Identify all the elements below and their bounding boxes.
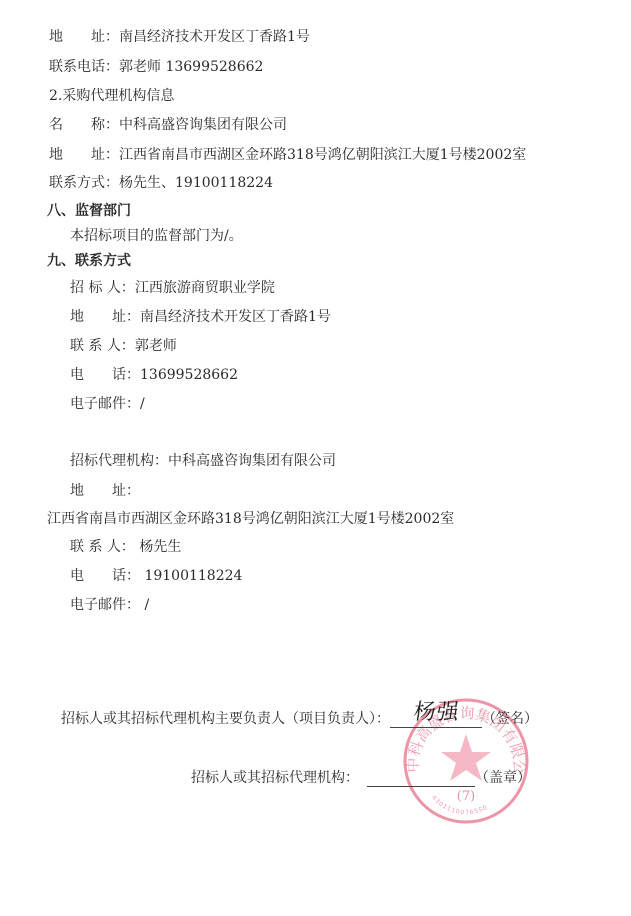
label: 电子邮件： (70, 396, 140, 412)
agency-contact-line-2: 联 系 人： 杨先生 (70, 538, 181, 556)
section-9-heading: 九、联系方式 (47, 252, 131, 270)
tenderer-email-line: 电子邮件：/ (70, 395, 145, 413)
tenderer-name-line: 招 标 人：江西旅游商贸职业学院 (70, 279, 275, 297)
section-8-text: 本招标项目的监督部门为/。 (70, 227, 243, 245)
label: 招标代理机构： (70, 453, 168, 469)
label: 电子邮件： (70, 597, 140, 613)
label: 地 址： (49, 29, 119, 45)
tenderer-contact-line: 联 系 人：郭老师 (70, 337, 177, 355)
label: 电 话： (70, 367, 140, 383)
signature-suffix: （签名） (482, 711, 538, 727)
agency-email-line: 电子邮件： / (70, 596, 149, 614)
value: / (140, 396, 145, 412)
agency-address-value: 江西省南昌市西湖区金环路318号鸿亿朝阳滨江大厦1号楼2002室 (47, 510, 454, 528)
value: 南昌经济技术开发区丁香路1号 (119, 29, 310, 45)
label: 电 话： (70, 568, 140, 584)
label: 联系方式： (49, 175, 119, 191)
value: 江西省南昌市西湖区金环路318号鸿亿朝阳滨江大厦1号楼2002室 (119, 147, 526, 163)
agency-address-label: 地 址： (70, 482, 140, 500)
value: 13699528662 (140, 367, 238, 383)
tenderer-address-line: 地 址：南昌经济技术开发区丁香路1号 (49, 28, 310, 46)
value: 19100118224 (144, 568, 242, 584)
value: 中科高盛咨询集团有限公司 (119, 117, 287, 133)
agency-name-line-2: 招标代理机构：中科高盛咨询集团有限公司 (70, 452, 336, 470)
tenderer-phone-line-2: 电 话：13699528662 (70, 366, 238, 384)
agency-info-title: 2.采购代理机构信息 (49, 87, 174, 105)
value: 郭老师 (135, 338, 177, 354)
label: 地 址： (49, 147, 119, 163)
seal-field (367, 770, 475, 787)
seal-suffix: （盖章） (475, 770, 531, 786)
label: 联 系 人： (70, 338, 135, 354)
agency-address-line: 地 址：江西省南昌市西湖区金环路318号鸿亿朝阳滨江大厦1号楼2002室 (49, 146, 526, 164)
tenderer-address-line-2: 地 址：南昌经济技术开发区丁香路1号 (70, 308, 331, 326)
value: / (144, 597, 149, 613)
responsible-signature-line: 招标人或其招标代理机构主要负责人（项目负责人）：（签名） (61, 710, 538, 728)
value: 杨先生、19100118224 (119, 175, 273, 191)
responsible-label: 招标人或其招标代理机构主要负责人（项目负责人）： (61, 711, 390, 727)
label: 招 标 人： (70, 280, 135, 296)
agency-contact-line: 联系方式：杨先生、19100118224 (49, 174, 273, 192)
label: 联系电话： (49, 59, 119, 75)
label: 名 称： (49, 117, 119, 133)
value: 南昌经济技术开发区丁香路1号 (140, 309, 331, 325)
value: 江西旅游商贸职业学院 (135, 280, 275, 296)
agency-phone-line: 电 话： 19100118224 (70, 567, 242, 585)
section-8-heading: 八、监督部门 (47, 202, 131, 220)
agency-name-line: 名 称：中科高盛咨询集团有限公司 (49, 116, 287, 134)
label: 地 址： (70, 309, 140, 325)
svg-text:(7): (7) (457, 789, 475, 804)
value: 中科高盛咨询集团有限公司 (168, 453, 336, 469)
tenderer-phone-line: 联系电话：郭老师 13699528662 (49, 58, 263, 76)
handwritten-signature: 杨强 (412, 695, 462, 726)
value: 杨先生 (139, 539, 181, 555)
org-label: 招标人或其招标代理机构： (191, 770, 359, 786)
value: 郭老师 13699528662 (119, 59, 263, 75)
label: 联 系 人： (70, 539, 135, 555)
seal-line: 招标人或其招标代理机构：（盖章） (191, 769, 531, 787)
